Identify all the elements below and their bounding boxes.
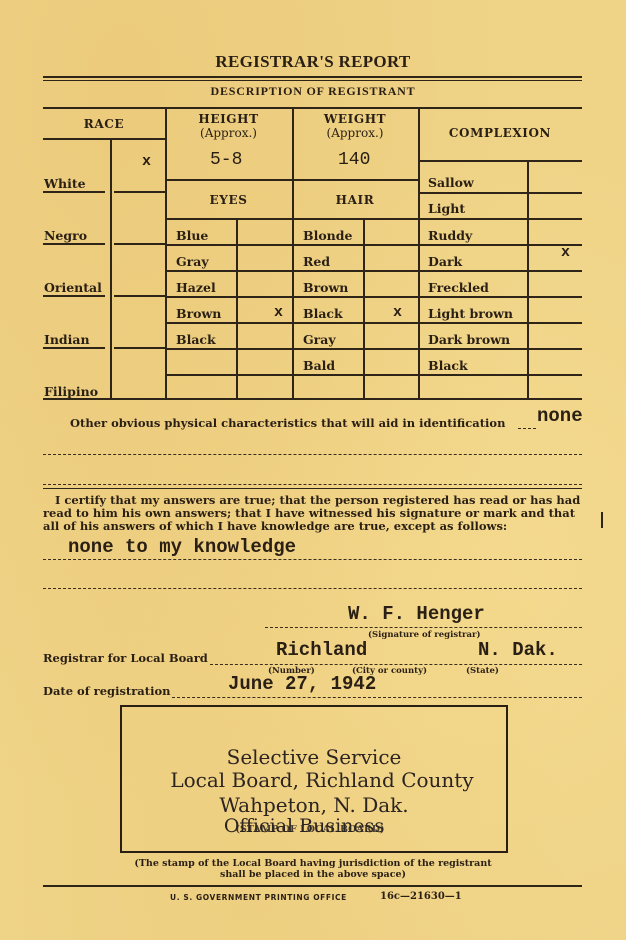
- eyes-header: EYES: [165, 193, 292, 207]
- stamp-line-2: Local Board, Richland County: [130, 768, 514, 792]
- hair-option-blonde: Blonde: [303, 228, 352, 243]
- title-rule-top: [43, 76, 582, 78]
- caption-state: (State): [466, 666, 499, 676]
- date-line: [172, 697, 582, 698]
- height-header-sub: (Approx.): [165, 126, 292, 140]
- local-board-state: N. Dak.: [478, 639, 558, 661]
- complexion-option-black: Black: [428, 358, 468, 373]
- stamp-overprint: (STAMP OF LOCAL BOARD): [118, 824, 502, 835]
- blank-line: [43, 588, 582, 589]
- date-value: June 27, 1942: [228, 673, 376, 695]
- form-number: 16c—21630—1: [380, 891, 462, 902]
- signature-line: [265, 627, 582, 628]
- section-subtitle: DESCRIPTION OF REGISTRANT: [0, 84, 626, 99]
- height-header-label: HEIGHT: [198, 112, 258, 126]
- hair-option-gray: Gray: [303, 332, 336, 347]
- hair-header: HAIR: [292, 193, 418, 207]
- report-title: REGISTRAR'S REPORT: [0, 52, 626, 72]
- local-board-stamp-box: Selective Service Local Board, Richland …: [120, 705, 508, 853]
- height-header: HEIGHT (Approx.): [165, 112, 292, 140]
- complexion-dark-checkmark: x: [561, 244, 570, 261]
- local-board-label: Registrar for Local Board: [43, 652, 208, 665]
- blank-line: [43, 454, 582, 455]
- race-option-white: White: [44, 176, 86, 191]
- race-option-filipino: Filipino: [44, 384, 98, 399]
- stamp-instruction-line-1: (The stamp of the Local Board having jur…: [0, 858, 626, 869]
- race-header: RACE: [43, 117, 165, 131]
- eyes-brown-checkmark: x: [274, 304, 283, 321]
- stamp-instruction-line-2: shall be placed in the above space): [0, 869, 626, 880]
- stamp-line-3: Wahpeton, N. Dak.: [122, 793, 506, 817]
- height-value: 5-8: [210, 150, 242, 170]
- date-label: Date of registration: [43, 685, 170, 698]
- hair-black-checkmark: x: [393, 304, 402, 321]
- local-board-line: [210, 664, 582, 665]
- exceptions-line: [43, 559, 582, 560]
- printer-credit: U. S. GOVERNMENT PRINTING OFFICE: [170, 893, 347, 902]
- eyes-option-gray: Gray: [176, 254, 209, 269]
- complexion-option-ruddy: Ruddy: [428, 228, 472, 243]
- complexion-option-light-brown: Light brown: [428, 306, 513, 321]
- weight-value: 140: [338, 150, 370, 170]
- other-characteristics-value: none: [537, 405, 583, 427]
- margin-mark: [601, 512, 603, 528]
- hair-option-bald: Bald: [303, 358, 335, 373]
- complexion-option-light: Light: [428, 201, 465, 216]
- eyes-option-black: Black: [176, 332, 216, 347]
- complexion-option-dark: Dark: [428, 254, 462, 269]
- race-white-checkmark: x: [142, 153, 151, 170]
- registrar-signature: W. F. Henger: [348, 603, 485, 625]
- section-rule: [43, 488, 582, 489]
- eyes-option-blue: Blue: [176, 228, 208, 243]
- race-option-oriental: Oriental: [44, 280, 102, 295]
- complexion-header: COMPLEXION: [418, 126, 582, 140]
- weight-header: WEIGHT (Approx.): [292, 112, 418, 140]
- eyes-option-brown: Brown: [176, 306, 221, 321]
- stamp-line-1: Selective Service: [122, 745, 506, 769]
- footer-rule: [43, 885, 582, 887]
- blank-line: [43, 484, 582, 485]
- complexion-option-dark-brown: Dark brown: [428, 332, 510, 347]
- complexion-option-sallow: Sallow: [428, 175, 474, 190]
- hair-option-red: Red: [303, 254, 330, 269]
- weight-header-label: WEIGHT: [324, 112, 386, 126]
- certification-exceptions-value: none to my knowledge: [68, 536, 296, 558]
- weight-header-sub: (Approx.): [292, 126, 418, 140]
- title-rule-bottom: [43, 80, 582, 81]
- signature-caption: (Signature of registrar): [368, 630, 481, 640]
- certification-line-3: all of his answers of which I have knowl…: [43, 520, 507, 533]
- race-option-negro: Negro: [44, 228, 87, 243]
- hair-option-brown: Brown: [303, 280, 348, 295]
- hair-option-black: Black: [303, 306, 343, 321]
- other-characteristics-label: Other obvious physical characteristics t…: [70, 417, 505, 430]
- complexion-option-freckled: Freckled: [428, 280, 489, 295]
- race-option-indian: Indian: [44, 332, 90, 347]
- local-board-city: Richland: [276, 639, 367, 661]
- eyes-option-hazel: Hazel: [176, 280, 216, 295]
